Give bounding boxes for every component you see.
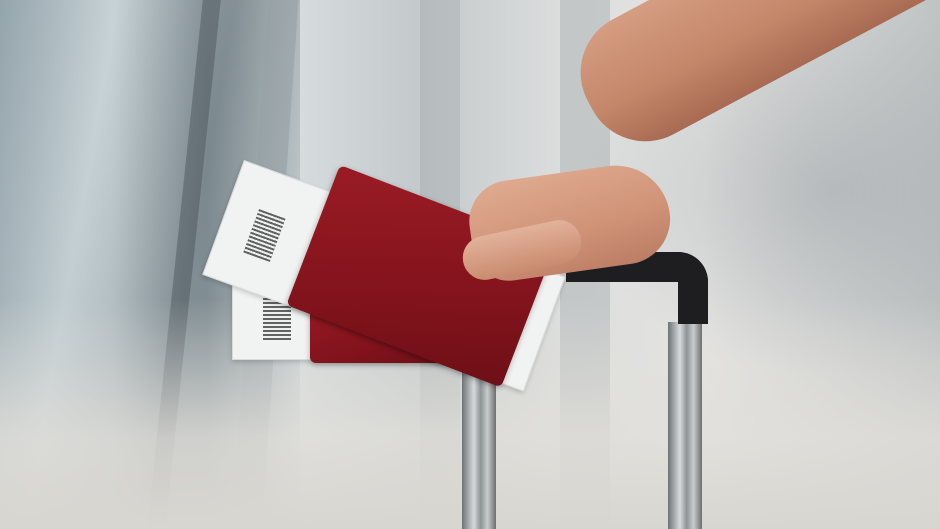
suitcase-pole-left: [462, 360, 496, 529]
suitcase-pole-right: [668, 322, 702, 529]
airport-photo: [0, 0, 940, 529]
qr-code: [243, 209, 285, 262]
